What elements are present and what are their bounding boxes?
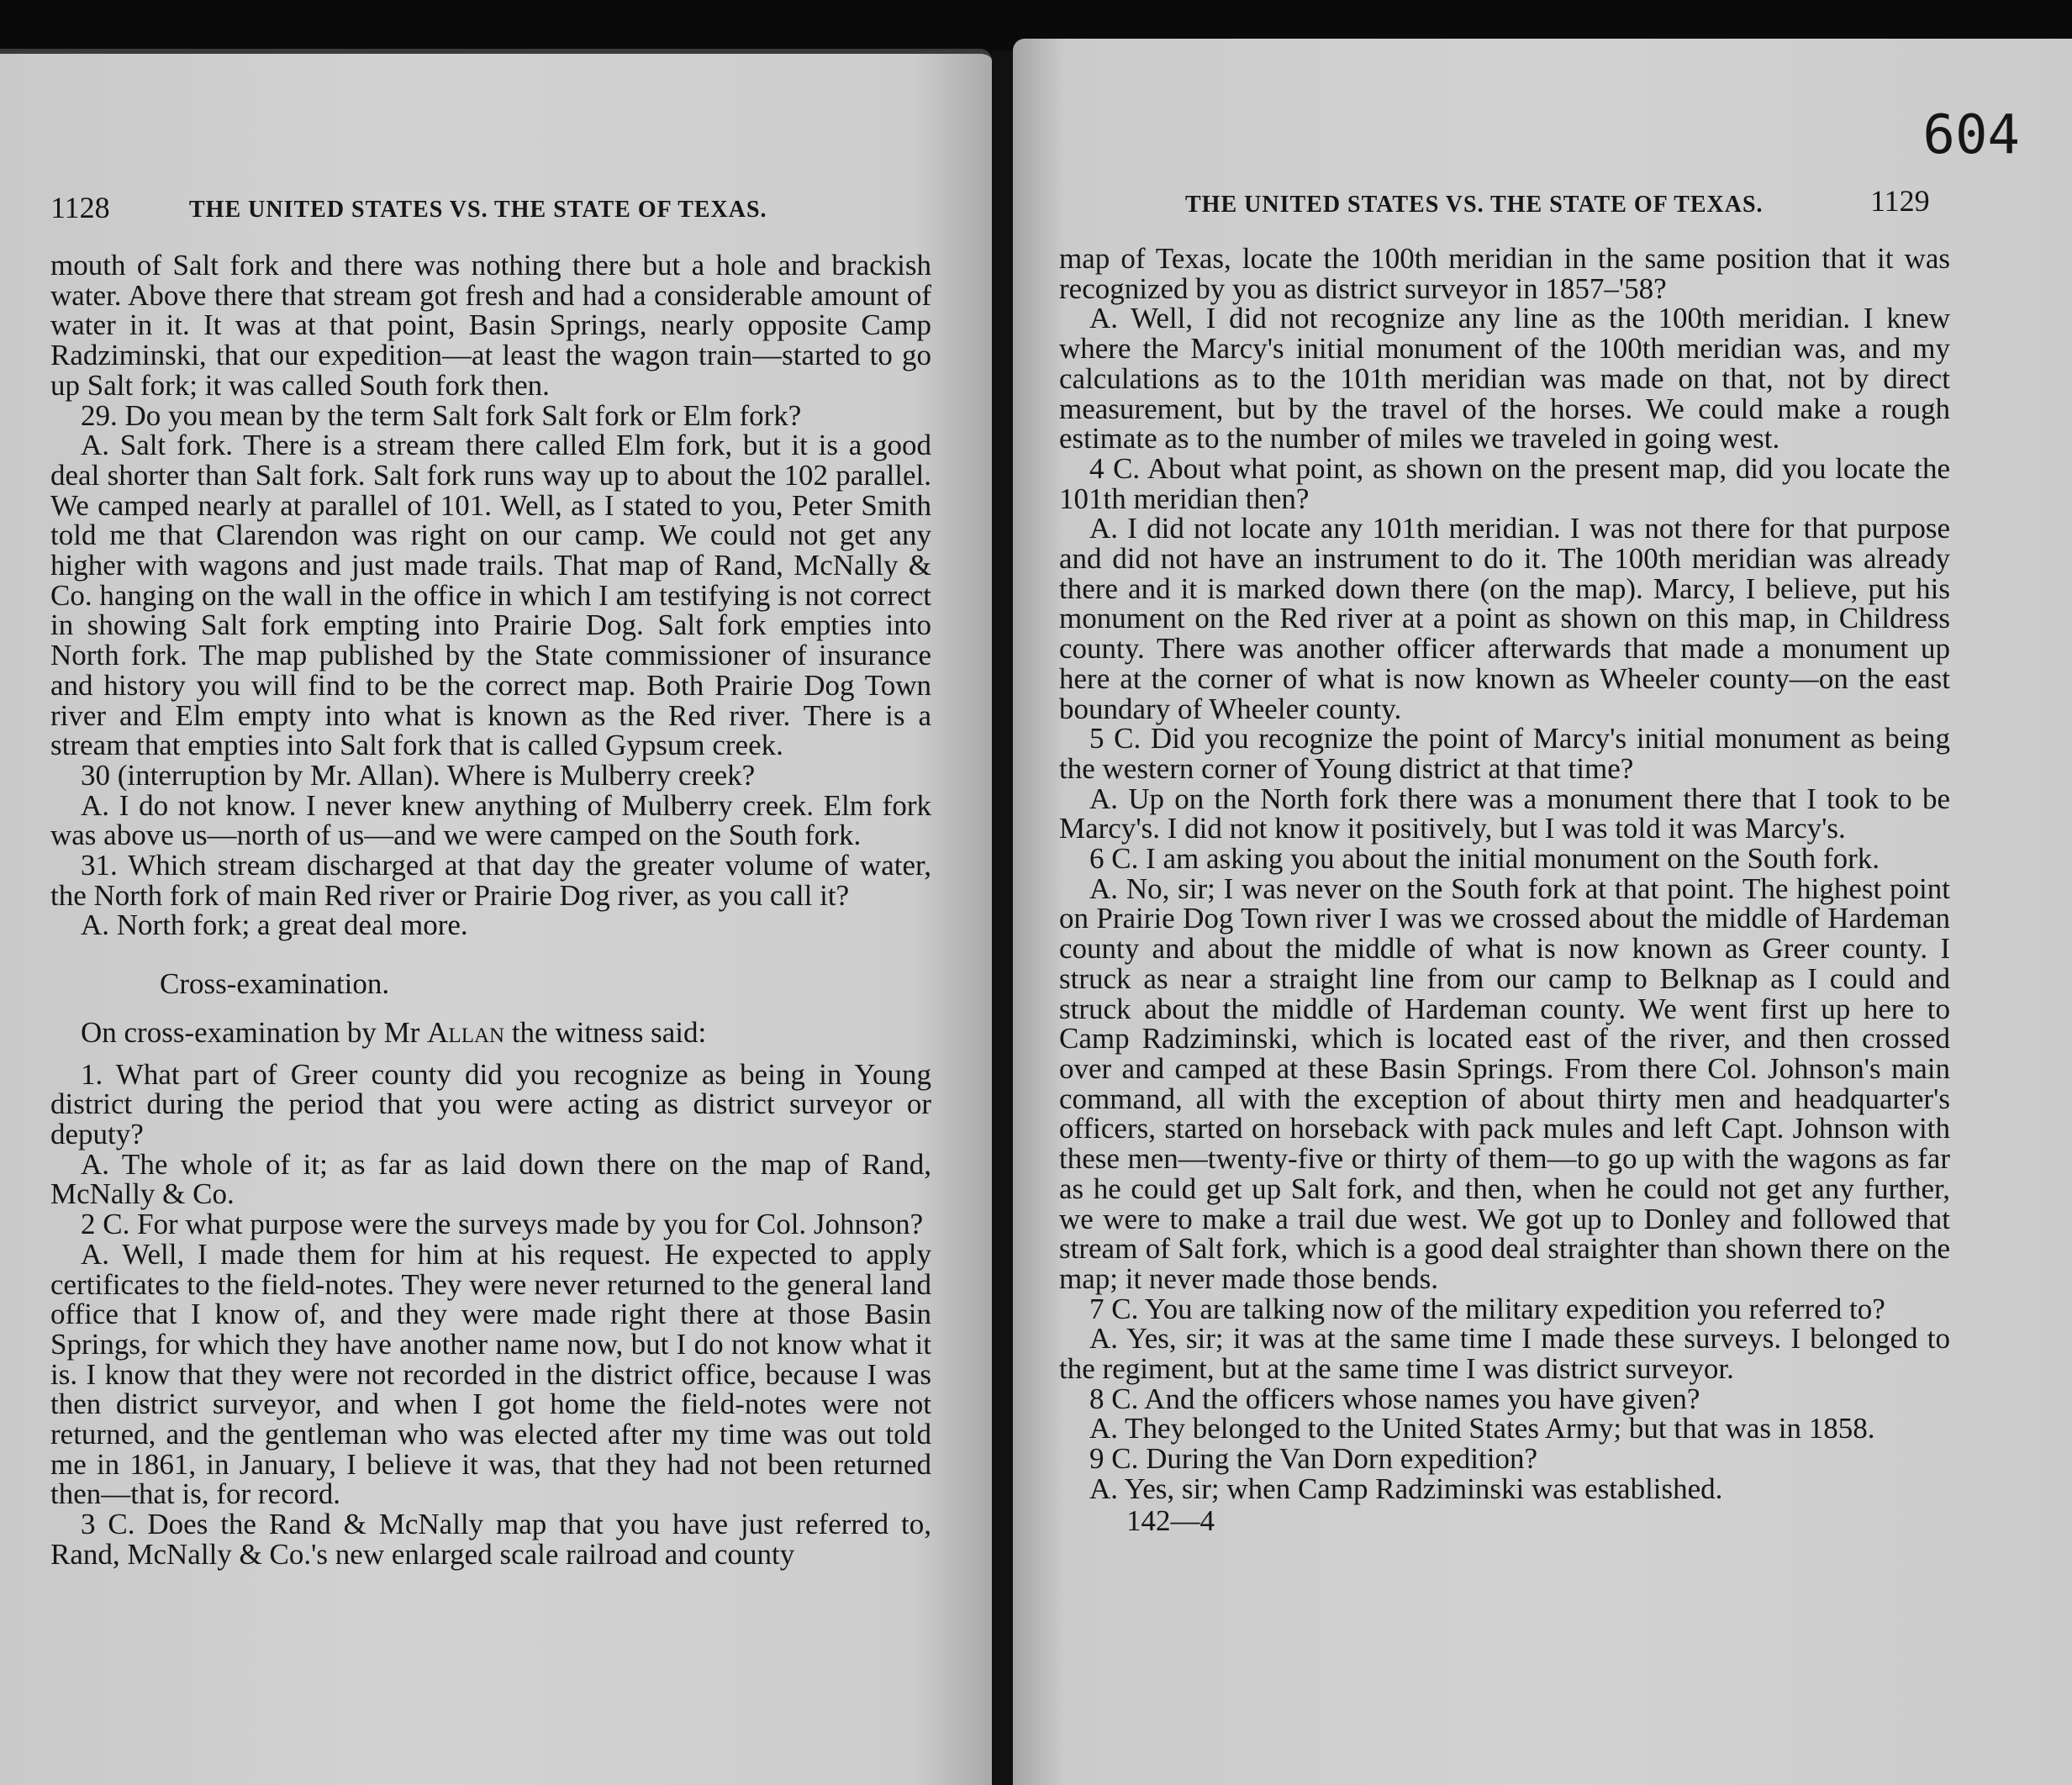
paragraph: A. I did not locate any 101th meridian. … <box>1059 513 1950 724</box>
cross-intro-prefix: On cross-examination by Mr <box>81 1016 419 1049</box>
page-number: 1129 <box>1870 183 1930 219</box>
paragraph: mouth of Salt fork and there was nothing… <box>50 250 931 401</box>
paragraph: 9 C. During the Van Dorn expedition? <box>1059 1444 1950 1474</box>
paragraph: A. Well, I made them for him at his requ… <box>50 1240 931 1509</box>
paragraph: 4 C. About what point, as shown on the p… <box>1059 454 1950 513</box>
section-heading: Cross-examination. <box>160 969 931 999</box>
paragraph: 30 (interruption by Mr. Allan). Where is… <box>50 761 931 791</box>
running-head: THE UNITED STATES VS. THE STATE OF TEXAS… <box>1185 192 1764 219</box>
paragraph: A. Yes, sir; when Camp Radziminski was e… <box>1059 1474 1950 1504</box>
left-page: 1128 THE UNITED STATES VS. THE STATE OF … <box>0 49 992 1785</box>
paragraph: 8 C. And the officers whose names you ha… <box>1059 1384 1950 1414</box>
page-body: map of Texas, locate the 100th meridian … <box>1059 244 1950 1535</box>
paragraph: 31. Which stream discharged at that day … <box>50 850 931 910</box>
examiner-name: Allan <box>427 1016 504 1049</box>
paragraph: 3 C. Does the Rand & McNally map that yo… <box>50 1509 931 1569</box>
paragraph: A. The whole of it; as far as laid down … <box>50 1150 931 1209</box>
paragraph: 6 C. I am asking you about the initial m… <box>1059 844 1950 874</box>
paragraph: A. Well, I did not recognize any line as… <box>1059 303 1950 454</box>
paragraph: A. Yes, sir; it was at the same time I m… <box>1059 1324 1950 1383</box>
paragraph: 5 C. Did you recognize the point of Marc… <box>1059 724 1950 783</box>
paragraph: A. They belonged to the United States Ar… <box>1059 1414 1950 1444</box>
paragraph: A. Salt fork. There is a stream there ca… <box>50 430 931 761</box>
cross-intro: On cross-examination by Mr Allan the wit… <box>50 1018 931 1048</box>
paragraph: A. Up on the North fork there was a monu… <box>1059 784 1950 844</box>
paragraph: A. No, sir; I was never on the South for… <box>1059 874 1950 1294</box>
page-number: 1128 <box>50 190 110 225</box>
page-body: mouth of Salt fork and there was nothing… <box>50 250 931 1570</box>
paragraph: 29. Do you mean by the term Salt fork Sa… <box>50 401 931 431</box>
folio-stamp: 604 <box>1922 104 2020 166</box>
book-gutter <box>992 50 1013 1785</box>
running-head: THE UNITED STATES VS. THE STATE OF TEXAS… <box>189 197 767 224</box>
paragraph: 1. What part of Greer county did you rec… <box>50 1060 931 1150</box>
signature-mark: 142—4 <box>1126 1506 1950 1536</box>
cross-intro-suffix: the witness said: <box>512 1016 706 1049</box>
paragraph: 7 C. You are talking now of the military… <box>1059 1294 1950 1324</box>
paragraph: 2 C. For what purpose were the surveys m… <box>50 1209 931 1240</box>
paragraph: A. North fork; a great deal more. <box>50 910 931 940</box>
paragraph: map of Texas, locate the 100th meridian … <box>1059 244 1950 303</box>
right-page: 604 THE UNITED STATES VS. THE STATE OF T… <box>1013 39 2072 1785</box>
paragraph: A. I do not know. I never knew anything … <box>50 791 931 850</box>
